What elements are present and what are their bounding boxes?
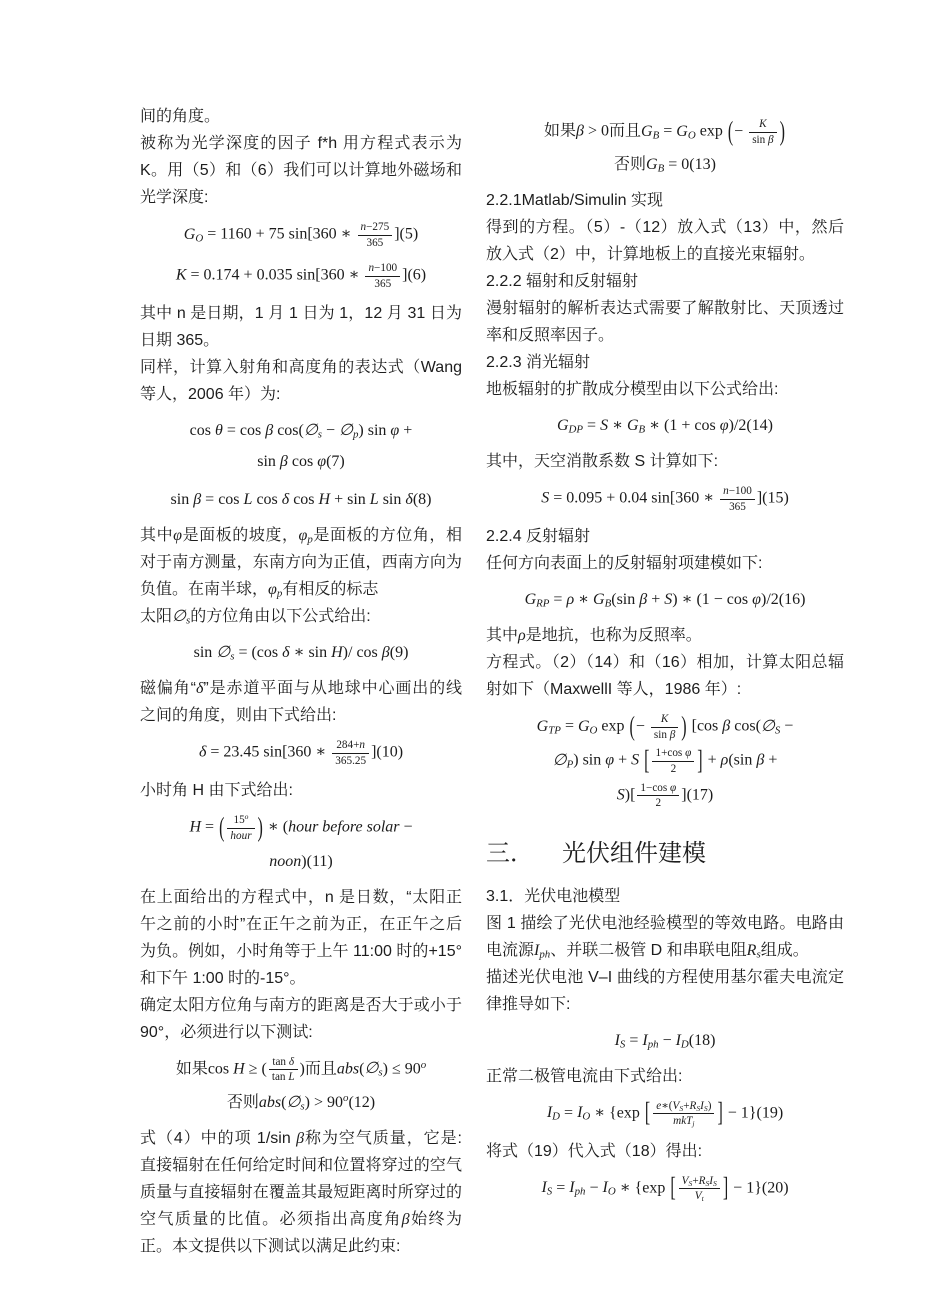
heading-title: 光伏组件建模 (562, 840, 706, 867)
equation-13: 如果β > 0而且GB = GO exp (− Ksin β)否则GB = 0(… (486, 115, 844, 180)
equation-line: S = 0.095 + 0.04 sin[360 ∗ n−100365](15) (486, 482, 844, 516)
paragraph: 地板辐射的扩散成分模型由以下公式给出: (486, 376, 844, 403)
equation-line: sin ∅s = (cos δ ∗ sin H)/ cos β(9) (140, 637, 462, 668)
open-fence: [ (644, 738, 649, 784)
paragraph: 方程式。（2）（14）和（16）相加，计算太阳总辐射如下（MaxwellI 等人… (486, 649, 844, 703)
equation-7: cos θ = cos β cos(∅s − ∅p) sin φ +sin β … (140, 415, 462, 477)
fraction: 284+n365.25 (332, 738, 369, 768)
right-column: 如果β > 0而且GB = GO exp (− Ksin β)否则GB = 0(… (486, 103, 844, 1309)
open-fence: ( (630, 704, 635, 750)
section-subheading: 2.2.1Matlab/Simulin 实现 (486, 187, 844, 214)
heading-number: 三． (486, 840, 534, 867)
paragraph: 小时角 H 由下式给出: (140, 777, 462, 804)
paragraph: 太阳∅s的方位角由以下公式给出: (140, 603, 462, 630)
equation-line: cos θ = cos β cos(∅s − ∅p) sin φ + (140, 415, 462, 446)
fraction: 15ohour (227, 813, 254, 843)
paragraph: 其中ρ是地抗，也称为反照率。 (486, 622, 844, 649)
open-fence: ( (728, 109, 733, 155)
paragraph: 其中，天空消散系数 S 计算如下: (486, 448, 844, 475)
equation-line: ID = IO ∗ {exp [e∗(VS+RSIS)mkTj] − 1}(19… (486, 1097, 844, 1131)
close-fence: ) (258, 805, 263, 851)
paragraph: 其中 n 是日期，1 月 1 日为 1，12 月 31 日为日期 365。 (140, 300, 462, 354)
equation-line: δ = 23.45 sin[360 ∗ 284+n365.25](10) (140, 736, 462, 770)
equation-line: 否则abs(∅s) > 90o(12) (140, 1087, 462, 1118)
equation-10: δ = 23.45 sin[360 ∗ 284+n365.25](10) (140, 736, 462, 770)
equation-line: IS = Iph − IO ∗ {exp [VS+RSISVt] − 1}(20… (486, 1172, 844, 1206)
section-subheading: 2.2.4 反射辐射 (486, 523, 844, 550)
equation-line: 如果β > 0而且GB = GO exp (− Ksin β) (486, 115, 844, 149)
equation-11: H = (15ohour) ∗ (hour before solar −noon… (140, 811, 462, 876)
left-column: 间的角度。被称为光学深度的因子 f*h 用方程式表示为 K。用（5）和（6）我们… (140, 103, 462, 1309)
fraction: Ksin β (651, 712, 678, 742)
paragraph: 其中φ是面板的坡度，φp是面板的方位角，相对于南方测量，东南方向为正值，西南方向… (140, 522, 462, 603)
equation-8: sin β = cos L cos δ cos H + sin L sin δ(… (140, 484, 462, 515)
close-fence: ] (697, 738, 702, 784)
equation-line: GDP = S ∗ GB ∗ (1 + cos φ)/2(14) (486, 410, 844, 441)
equation-line: sin β cos φ(7) (140, 446, 462, 477)
section-subheading: 3.1．光伏电池模型 (486, 883, 844, 910)
section-subheading: 2.2.2 辐射和反射辐射 (486, 268, 844, 295)
fraction: n−100365 (720, 484, 755, 514)
paragraph: 任何方向表面上的反射辐射项建模如下: (486, 550, 844, 577)
close-fence: ) (780, 109, 785, 155)
equation-line: GO = 1160 + 75 sin[360 ∗ n−275365](5) (140, 218, 462, 252)
paragraph: 确定太阳方位角与南方的距离是否大于或小于 90°，必须进行以下测试: (140, 992, 462, 1046)
fraction: tan δtan L (269, 1055, 298, 1085)
equation-16: GRP = ρ ∗ GB(sin β + S) ∗ (1 − cos φ)/2(… (486, 584, 844, 615)
document-page: 间的角度。被称为光学深度的因子 f*h 用方程式表示为 K。用（5）和（6）我们… (0, 0, 925, 1309)
equation-line: H = (15ohour) ∗ (hour before solar − (140, 811, 462, 845)
equation-line: 否则GB = 0(13) (486, 149, 844, 180)
paragraph: 式（4）中的项 1/sin β称为空气质量，它是: 直接辐射在任何给定时间和位置… (140, 1125, 462, 1260)
equation-5: GO = 1160 + 75 sin[360 ∗ n−275365](5) (140, 218, 462, 252)
fraction: 1+cos φ2 (652, 746, 694, 776)
fraction: n−100365 (365, 261, 400, 291)
open-fence: ( (219, 805, 224, 851)
paragraph: 描述光伏电池 V–I 曲线的方程使用基尔霍夫电流定律推导如下: (486, 964, 844, 1018)
equation-17: GTP = GO exp (− Ksin β) [cos β cos(∅S −∅… (486, 710, 844, 812)
paragraph: 图 1 描绘了光伏电池经验模型的等效电路。电路由电流源Iph、并联二极管 D 和… (486, 910, 844, 964)
fraction: n−275365 (358, 220, 393, 250)
paragraph: 将式（19）代入式（18）得出: (486, 1138, 844, 1165)
equation-15: S = 0.095 + 0.04 sin[360 ∗ n−100365](15) (486, 482, 844, 516)
section-heading: 三．光伏组件建模 (486, 837, 844, 871)
fraction: 1−cos φ2 (637, 781, 679, 811)
close-fence: ] (723, 1165, 728, 1211)
equation-12: 如果cos H ≥ (tan δtan L)而且abs(∅s) ≤ 90o否则a… (140, 1053, 462, 1118)
section-subheading: 2.2.3 消光辐射 (486, 349, 844, 376)
paragraph: 被称为光学深度的因子 f*h 用方程式表示为 K。用（5）和（6）我们可以计算地… (140, 130, 462, 211)
equation-line: S)[1−cos φ2](17) (486, 779, 844, 813)
equation-18: IS = Iph − ID(18) (486, 1025, 844, 1056)
equation-line: GRP = ρ ∗ GB(sin β + S) ∗ (1 − cos φ)/2(… (486, 584, 844, 615)
equation-9: sin ∅s = (cos δ ∗ sin H)/ cos β(9) (140, 637, 462, 668)
paragraph: 漫射辐射的解析表达式需要了解散射比、天顶透过率和反照率因子。 (486, 295, 844, 349)
equation-14: GDP = S ∗ GB ∗ (1 + cos φ)/2(14) (486, 410, 844, 441)
equation-line: IS = Iph − ID(18) (486, 1025, 844, 1056)
close-fence: ] (717, 1090, 722, 1136)
fraction: Ksin β (749, 117, 776, 147)
paragraph: 同样，计算入射角和高度角的表达式（Wang 等人，2006 年）为: (140, 354, 462, 408)
equation-line: ∅P) sin φ + S [1+cos φ2] + ρ(sin β + (486, 744, 844, 778)
paragraph: 正常二极管电流由下式给出: (486, 1063, 844, 1090)
paragraph: 磁偏角“δ”是赤道平面与从地球中心画出的线之间的角度，则由下式给出: (140, 675, 462, 729)
open-fence: [ (645, 1090, 650, 1136)
paragraph: 得到的方程。（5）-（12）放入式（13）中，然后放入式（2）中，计算地板上的直… (486, 214, 844, 268)
equation-6: K = 0.174 + 0.035 sin[360 ∗ n−100365](6) (140, 259, 462, 293)
equation-line: GTP = GO exp (− Ksin β) [cos β cos(∅S − (486, 710, 844, 744)
equation-line: noon)(11) (140, 846, 462, 877)
fraction: e∗(VS+RSIS)mkTj (653, 1099, 714, 1129)
open-fence: [ (670, 1165, 675, 1211)
paragraph: 间的角度。 (140, 103, 462, 130)
equation-20: IS = Iph − IO ∗ {exp [VS+RSISVt] − 1}(20… (486, 1172, 844, 1206)
fraction: VS+RSISVt (679, 1174, 720, 1204)
close-fence: ) (681, 704, 686, 750)
equation-line: sin β = cos L cos δ cos H + sin L sin δ(… (140, 484, 462, 515)
equation-line: K = 0.174 + 0.035 sin[360 ∗ n−100365](6) (140, 259, 462, 293)
equation-19: ID = IO ∗ {exp [e∗(VS+RSIS)mkTj] − 1}(19… (486, 1097, 844, 1131)
paragraph: 在上面给出的方程式中，n 是日数，“太阳正午之前的小时”在正午之前为正，在正午之… (140, 884, 462, 992)
equation-line: 如果cos H ≥ (tan δtan L)而且abs(∅s) ≤ 90o (140, 1053, 462, 1087)
